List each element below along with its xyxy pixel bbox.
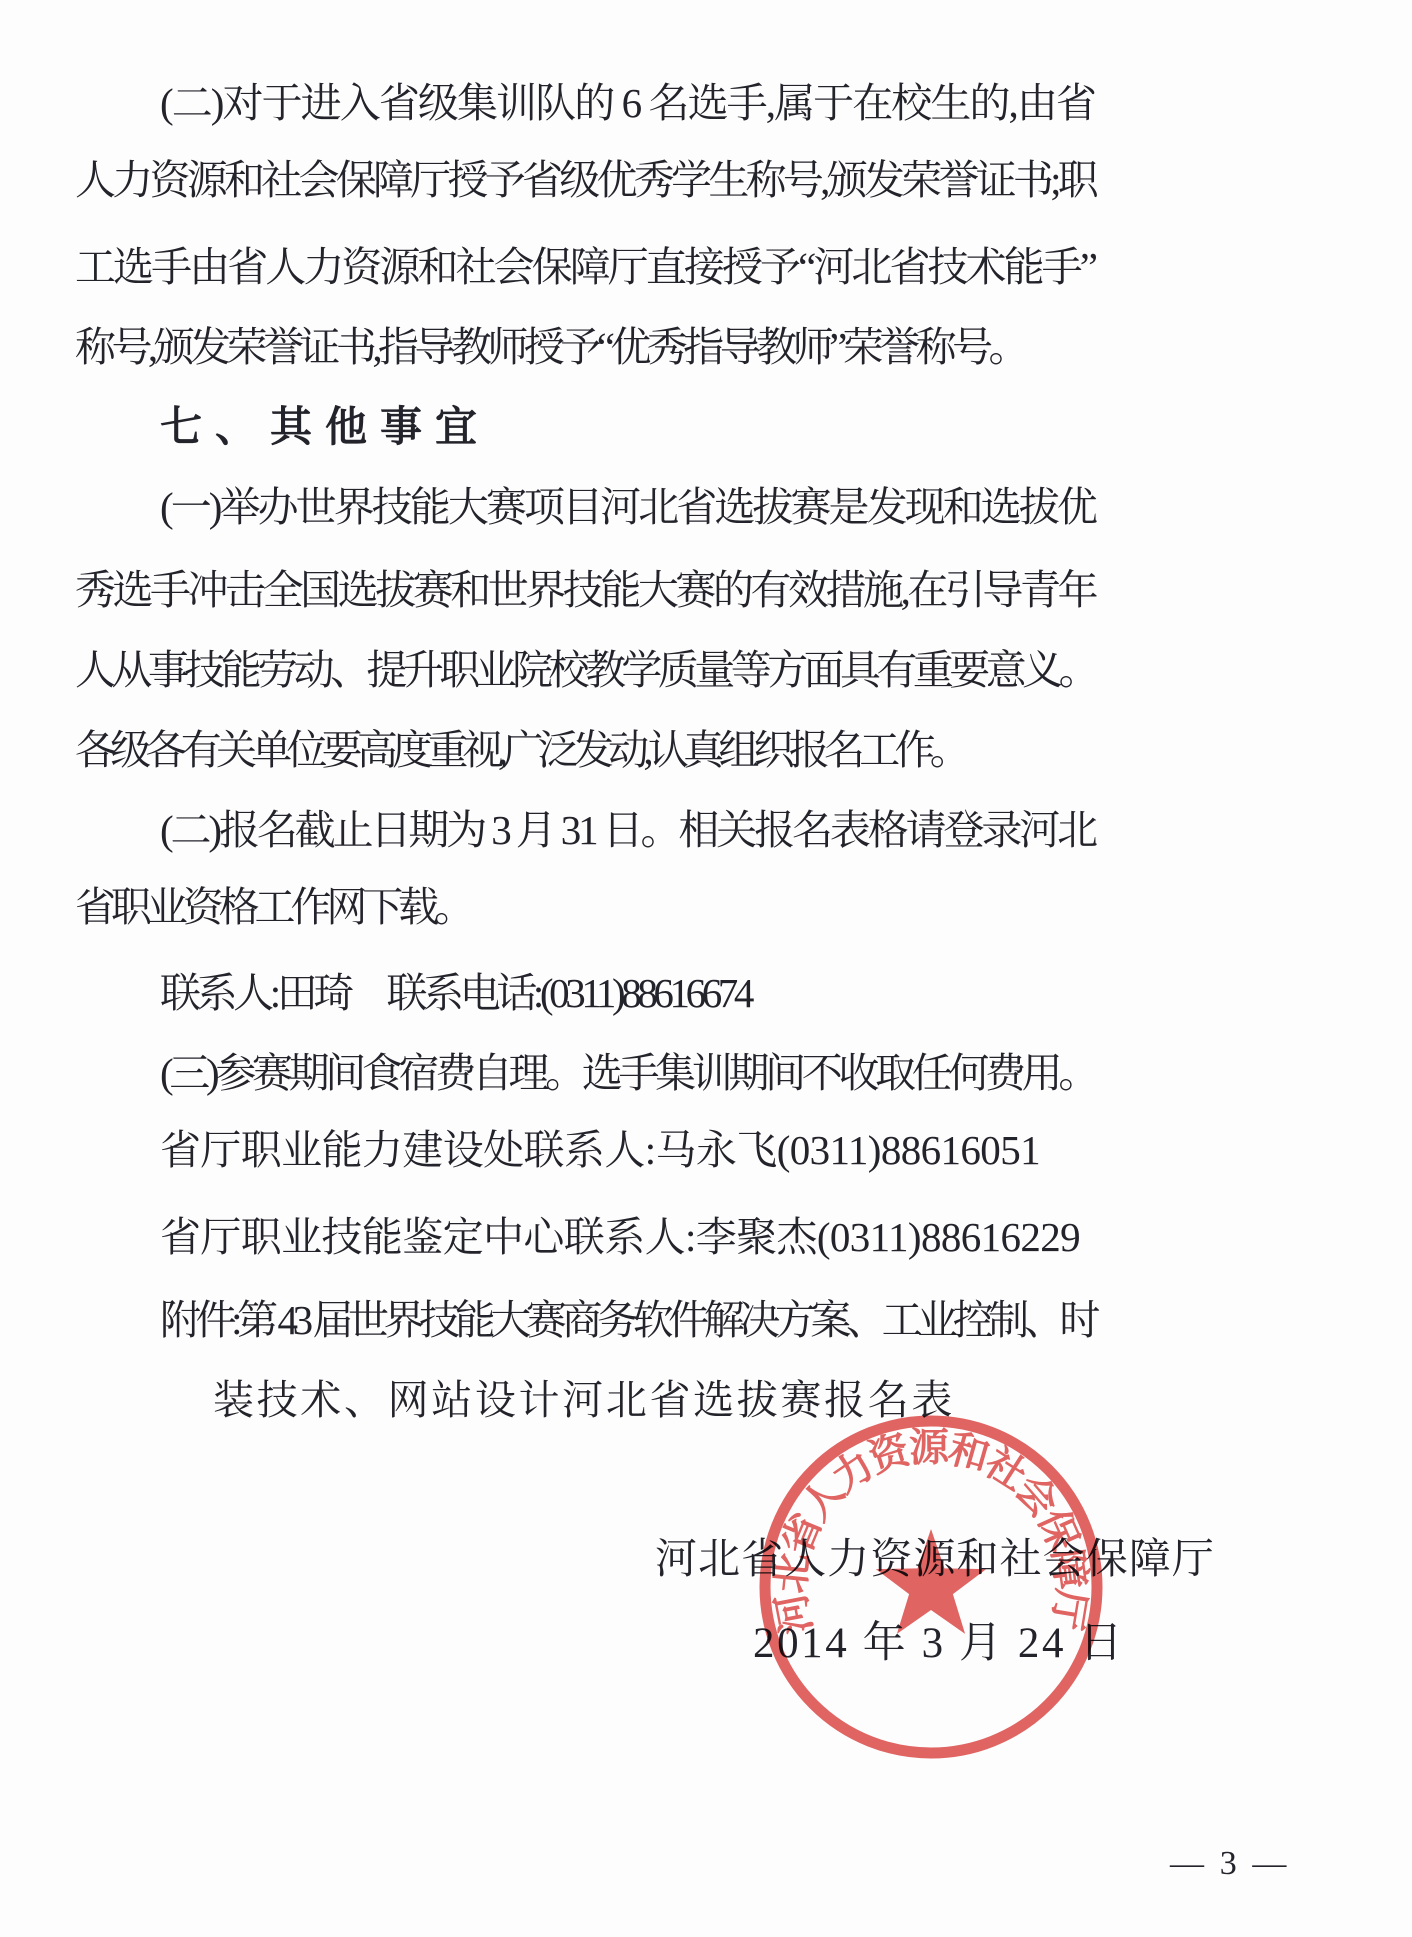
text-line: (三)参赛期间食宿费自理。选手集训期间不收取任何费用。 bbox=[160, 1047, 1095, 1099]
text-line: 秀选手冲击全国选拔赛和世界技能大赛的有效措施,在引导青年 bbox=[75, 564, 1095, 616]
text-line: 省厅职业能力建设处联系人:马永飞(0311)88616051 bbox=[160, 1124, 1040, 1176]
text-line: 省职业资格工作网下载。 bbox=[75, 881, 470, 933]
text-line: (二)报名截止日期为 3 月 31 日。相关报名表格请登录河北 bbox=[160, 804, 1095, 856]
section-heading: 七、其他事宜 bbox=[160, 401, 490, 453]
text-line: 人力资源和社会保障厅授予省级优秀学生称号,颁发荣誉证书;职 bbox=[75, 154, 1095, 206]
text-line: 各级各有关单位要高度重视,广泛发动,认真组织报名工作。 bbox=[75, 724, 965, 776]
text-line: (一)举办世界技能大赛项目河北省选拔赛是发现和选拔优 bbox=[160, 481, 1095, 533]
text-line: 联系人:田琦 联系电话:(0311)88616674 bbox=[160, 967, 750, 1019]
text-line: (二)对于进入省级集训队的 6 名选手,属于在校生的,由省 bbox=[160, 77, 1095, 129]
document-page: (二)对于进入省级集训队的 6 名选手,属于在校生的,由省 人力资源和社会保障厅… bbox=[0, 0, 1412, 1937]
text-line: 附件:第 43 届世界技能大赛商务软件解决方案、工业控制、时 bbox=[160, 1294, 1095, 1346]
text-line: 省厅职业技能鉴定中心联系人:李聚杰(0311)88616229 bbox=[160, 1211, 1080, 1263]
text-line: 人从事技能劳动、提升职业院校教学质量等方面具有重要意义。 bbox=[75, 644, 1095, 696]
text-line: 工选手由省人力资源和社会保障厅直接授予“河北省技术能手” bbox=[75, 241, 1095, 293]
page-number: — 3 — bbox=[1170, 1840, 1290, 1888]
seal-star bbox=[876, 1529, 986, 1634]
official-seal: 河北省人力资源和社会保障厅 bbox=[746, 1404, 1116, 1774]
text-line: 称号,颁发荣誉证书,指导教师授予“优秀指导教师”荣誉称号。 bbox=[75, 321, 1025, 373]
